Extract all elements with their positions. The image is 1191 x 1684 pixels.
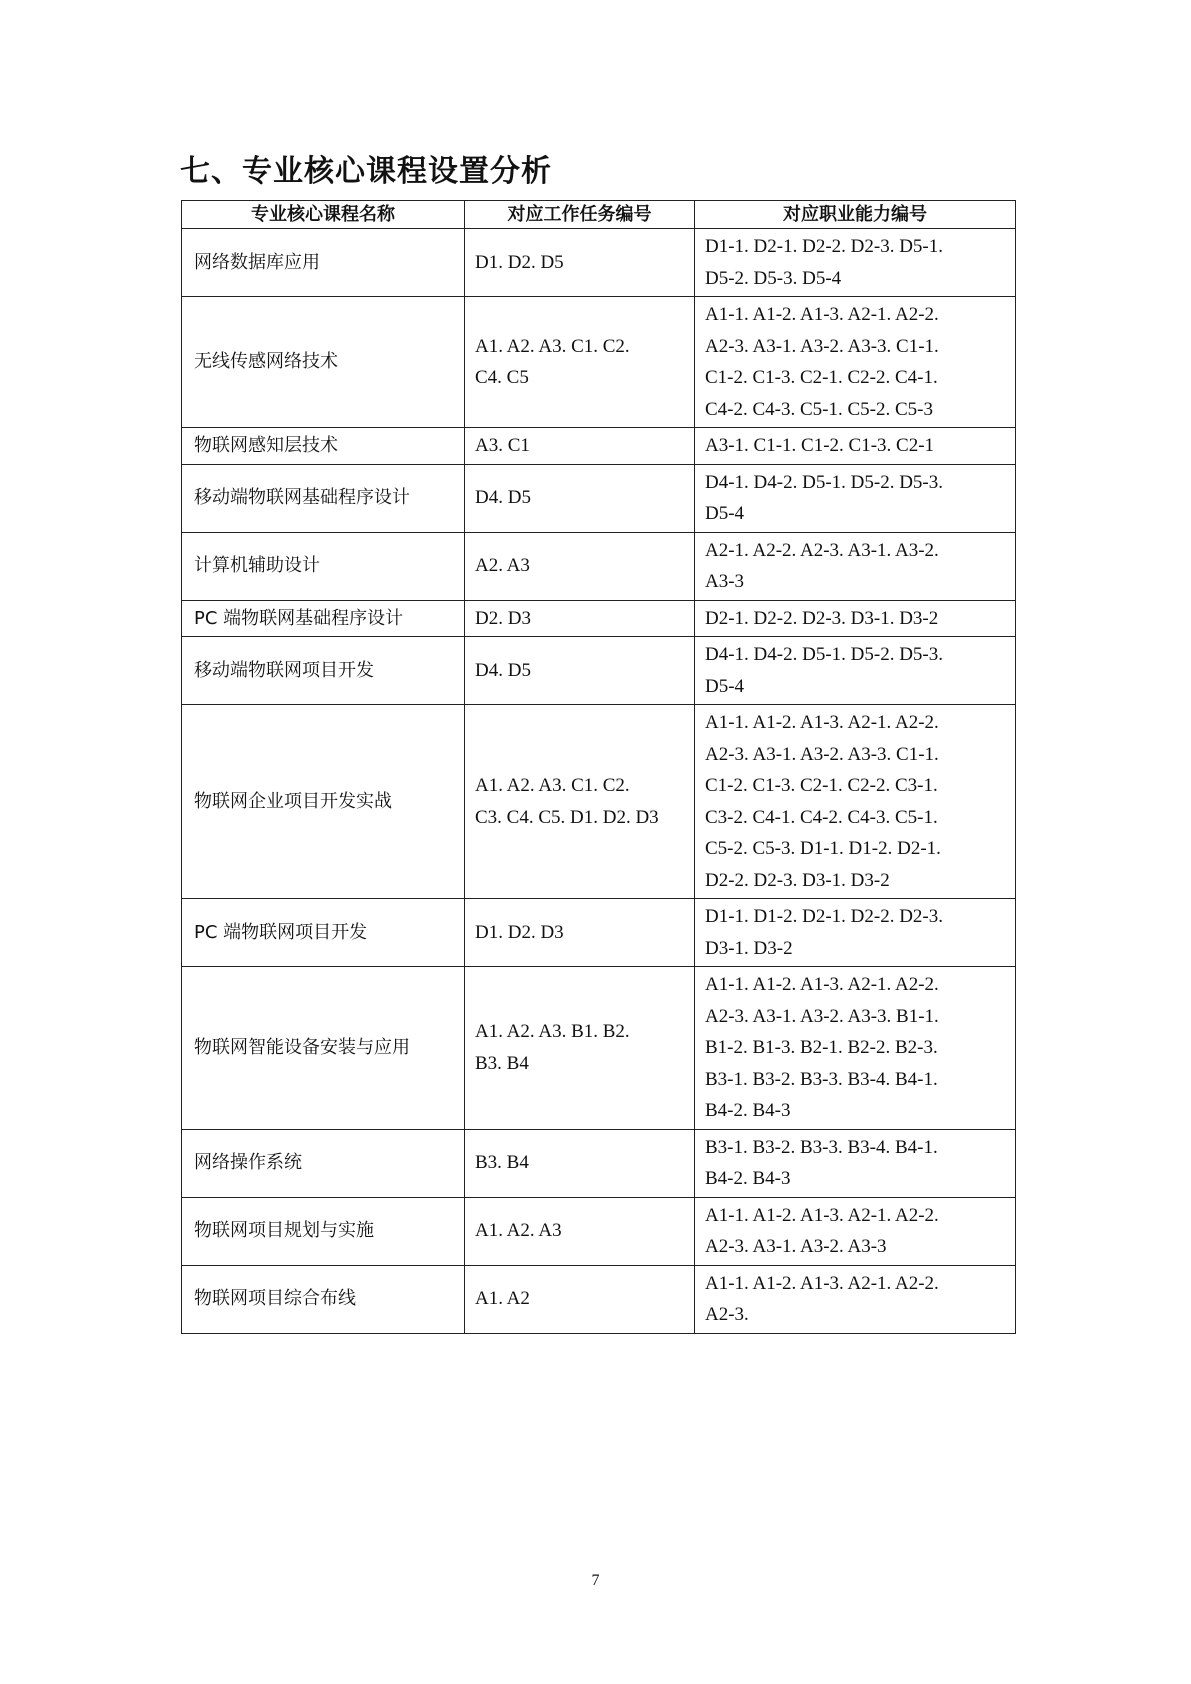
- course-name-cell: 计算机辅助设计: [182, 532, 465, 600]
- ability-codes-line: A1-1. A1-2. A1-3. A2-1. A2-2.: [705, 1200, 1009, 1232]
- task-codes-line: B3. B4: [475, 1147, 688, 1179]
- task-codes-cell: A1. A2. A3. C1. C2.C3. C4. C5. D1. D2. D…: [465, 705, 695, 899]
- course-name-cell: 移动端物联网项目开发: [182, 637, 465, 705]
- table-row: 无线传感网络技术A1. A2. A3. C1. C2.C4. C5A1-1. A…: [182, 297, 1016, 428]
- course-name-cell: 物联网智能设备安装与应用: [182, 967, 465, 1130]
- ability-codes-cell: D1-1. D1-2. D2-1. D2-2. D2-3.D3-1. D3-2: [695, 899, 1016, 967]
- table-row: 物联网感知层技术A3. C1A3-1. C1-1. C1-2. C1-3. C2…: [182, 428, 1016, 465]
- ability-codes-line: D3-1. D3-2: [705, 933, 1009, 965]
- task-codes-line: D1. D2. D3: [475, 917, 688, 949]
- task-codes-cell: A3. C1: [465, 428, 695, 465]
- task-codes-line: D2. D3: [475, 603, 688, 635]
- task-codes-cell: A1. A2. A3. C1. C2.C4. C5: [465, 297, 695, 428]
- header-course-name: 专业核心课程名称: [182, 201, 465, 229]
- ability-codes-line: C3-2. C4-1. C4-2. C4-3. C5-1.: [705, 802, 1009, 834]
- ability-codes-line: A2-3.: [705, 1299, 1009, 1331]
- ability-codes-line: B4-2. B4-3: [705, 1095, 1009, 1127]
- task-codes-line: A3. C1: [475, 430, 688, 462]
- ability-codes-cell: B3-1. B3-2. B3-3. B3-4. B4-1.B4-2. B4-3: [695, 1129, 1016, 1197]
- task-codes-line: A1. A2. A3. C1. C2.: [475, 331, 688, 363]
- task-codes-line: A1. A2. A3: [475, 1215, 688, 1247]
- ability-codes-line: C1-2. C1-3. C2-1. C2-2. C3-1.: [705, 770, 1009, 802]
- table-row: 物联网项目规划与实施A1. A2. A3A1-1. A1-2. A1-3. A2…: [182, 1197, 1016, 1265]
- ability-codes-line: D2-2. D2-3. D3-1. D3-2: [705, 865, 1009, 897]
- ability-codes-line: C5-2. C5-3. D1-1. D1-2. D2-1.: [705, 833, 1009, 865]
- task-codes-cell: D4. D5: [465, 464, 695, 532]
- ability-codes-line: A2-3. A3-1. A3-2. A3-3. C1-1.: [705, 331, 1009, 363]
- ability-codes-line: B1-2. B1-3. B2-1. B2-2. B2-3.: [705, 1032, 1009, 1064]
- ability-codes-cell: A3-1. C1-1. C1-2. C1-3. C2-1: [695, 428, 1016, 465]
- task-codes-cell: A2. A3: [465, 532, 695, 600]
- ability-codes-line: D2-1. D2-2. D2-3. D3-1. D3-2: [705, 603, 1009, 635]
- task-codes-cell: D1. D2. D3: [465, 899, 695, 967]
- task-codes-line: C3. C4. C5. D1. D2. D3: [475, 802, 688, 834]
- course-name-cell: 物联网项目综合布线: [182, 1265, 465, 1333]
- table-header-row: 专业核心课程名称 对应工作任务编号 对应职业能力编号: [182, 201, 1016, 229]
- table-row: 网络数据库应用D1. D2. D5D1-1. D2-1. D2-2. D2-3.…: [182, 229, 1016, 297]
- task-codes-line: D1. D2. D5: [475, 247, 688, 279]
- table-row: 计算机辅助设计A2. A3A2-1. A2-2. A2-3. A3-1. A3-…: [182, 532, 1016, 600]
- ability-codes-line: A1-1. A1-2. A1-3. A2-1. A2-2.: [705, 969, 1009, 1001]
- task-codes-line: B3. B4: [475, 1048, 688, 1080]
- course-name-cell: PC 端物联网项目开发: [182, 899, 465, 967]
- ability-codes-line: A2-1. A2-2. A2-3. A3-1. A3-2.: [705, 535, 1009, 567]
- course-name-cell: PC 端物联网基础程序设计: [182, 600, 465, 637]
- course-name-cell: 物联网企业项目开发实战: [182, 705, 465, 899]
- task-codes-cell: D1. D2. D5: [465, 229, 695, 297]
- ability-codes-cell: A1-1. A1-2. A1-3. A2-1. A2-2.A2-3. A3-1.…: [695, 967, 1016, 1130]
- course-name-cell: 物联网感知层技术: [182, 428, 465, 465]
- ability-codes-cell: A1-1. A1-2. A1-3. A2-1. A2-2.A2-3. A3-1.…: [695, 1197, 1016, 1265]
- table-row: PC 端物联网基础程序设计D2. D3D2-1. D2-2. D2-3. D3-…: [182, 600, 1016, 637]
- ability-codes-line: C1-2. C1-3. C2-1. C2-2. C4-1.: [705, 362, 1009, 394]
- task-codes-line: D4. D5: [475, 655, 688, 687]
- ability-codes-line: A1-1. A1-2. A1-3. A2-1. A2-2.: [705, 707, 1009, 739]
- ability-codes-cell: D4-1. D4-2. D5-1. D5-2. D5-3.D5-4: [695, 464, 1016, 532]
- task-codes-line: D4. D5: [475, 482, 688, 514]
- ability-codes-cell: A2-1. A2-2. A2-3. A3-1. A3-2.A3-3: [695, 532, 1016, 600]
- course-name-cell: 网络数据库应用: [182, 229, 465, 297]
- table-row: 物联网智能设备安装与应用A1. A2. A3. B1. B2.B3. B4A1-…: [182, 967, 1016, 1130]
- table-row: 网络操作系统B3. B4B3-1. B3-2. B3-3. B3-4. B4-1…: [182, 1129, 1016, 1197]
- course-name-cell: 无线传感网络技术: [182, 297, 465, 428]
- task-codes-cell: A1. A2: [465, 1265, 695, 1333]
- page-number: 7: [0, 1572, 1191, 1590]
- table-row: 移动端物联网项目开发D4. D5D4-1. D4-2. D5-1. D5-2. …: [182, 637, 1016, 705]
- ability-codes-line: D4-1. D4-2. D5-1. D5-2. D5-3.: [705, 467, 1009, 499]
- ability-codes-line: A1-1. A1-2. A1-3. A2-1. A2-2.: [705, 1268, 1009, 1300]
- task-codes-cell: B3. B4: [465, 1129, 695, 1197]
- ability-codes-line: A3-1. C1-1. C1-2. C1-3. C2-1: [705, 430, 1009, 462]
- task-codes-cell: D4. D5: [465, 637, 695, 705]
- task-codes-line: A2. A3: [475, 550, 688, 582]
- ability-codes-cell: D2-1. D2-2. D2-3. D3-1. D3-2: [695, 600, 1016, 637]
- task-codes-line: A1. A2: [475, 1283, 688, 1315]
- ability-codes-cell: A1-1. A1-2. A1-3. A2-1. A2-2.A2-3. A3-1.…: [695, 705, 1016, 899]
- ability-codes-line: A3-3: [705, 566, 1009, 598]
- ability-codes-line: D5-4: [705, 671, 1009, 703]
- ability-codes-line: A2-3. A3-1. A3-2. A3-3. C1-1.: [705, 739, 1009, 771]
- task-codes-cell: A1. A2. A3. B1. B2.B3. B4: [465, 967, 695, 1130]
- ability-codes-line: D5-2. D5-3. D5-4: [705, 263, 1009, 295]
- ability-codes-line: B4-2. B4-3: [705, 1163, 1009, 1195]
- ability-codes-line: D4-1. D4-2. D5-1. D5-2. D5-3.: [705, 639, 1009, 671]
- ability-codes-line: C4-2. C4-3. C5-1. C5-2. C5-3: [705, 394, 1009, 426]
- ability-codes-cell: D1-1. D2-1. D2-2. D2-3. D5-1.D5-2. D5-3.…: [695, 229, 1016, 297]
- ability-codes-cell: A1-1. A1-2. A1-3. A2-1. A2-2.A2-3. A3-1.…: [695, 297, 1016, 428]
- core-course-table: 专业核心课程名称 对应工作任务编号 对应职业能力编号 网络数据库应用D1. D2…: [181, 200, 1016, 1334]
- task-codes-cell: A1. A2. A3: [465, 1197, 695, 1265]
- ability-codes-cell: A1-1. A1-2. A1-3. A2-1. A2-2.A2-3.: [695, 1265, 1016, 1333]
- ability-codes-line: D1-1. D2-1. D2-2. D2-3. D5-1.: [705, 231, 1009, 263]
- section-title: 七、专业核心课程设置分析: [180, 152, 552, 192]
- course-name-cell: 移动端物联网基础程序设计: [182, 464, 465, 532]
- table-row: PC 端物联网项目开发D1. D2. D3D1-1. D1-2. D2-1. D…: [182, 899, 1016, 967]
- table-row: 物联网项目综合布线A1. A2A1-1. A1-2. A1-3. A2-1. A…: [182, 1265, 1016, 1333]
- ability-codes-line: A1-1. A1-2. A1-3. A2-1. A2-2.: [705, 299, 1009, 331]
- ability-codes-cell: D4-1. D4-2. D5-1. D5-2. D5-3.D5-4: [695, 637, 1016, 705]
- ability-codes-line: B3-1. B3-2. B3-3. B3-4. B4-1.: [705, 1064, 1009, 1096]
- task-codes-cell: D2. D3: [465, 600, 695, 637]
- ability-codes-line: D1-1. D1-2. D2-1. D2-2. D2-3.: [705, 901, 1009, 933]
- task-codes-line: A1. A2. A3. B1. B2.: [475, 1016, 688, 1048]
- course-name-cell: 物联网项目规划与实施: [182, 1197, 465, 1265]
- ability-codes-line: D5-4: [705, 498, 1009, 530]
- ability-codes-line: A2-3. A3-1. A3-2. A3-3. B1-1.: [705, 1001, 1009, 1033]
- table-row: 移动端物联网基础程序设计D4. D5D4-1. D4-2. D5-1. D5-2…: [182, 464, 1016, 532]
- header-task-codes: 对应工作任务编号: [465, 201, 695, 229]
- task-codes-line: A1. A2. A3. C1. C2.: [475, 770, 688, 802]
- header-ability-codes: 对应职业能力编号: [695, 201, 1016, 229]
- ability-codes-line: A2-3. A3-1. A3-2. A3-3: [705, 1231, 1009, 1263]
- table-row: 物联网企业项目开发实战A1. A2. A3. C1. C2.C3. C4. C5…: [182, 705, 1016, 899]
- course-name-cell: 网络操作系统: [182, 1129, 465, 1197]
- task-codes-line: C4. C5: [475, 362, 688, 394]
- ability-codes-line: B3-1. B3-2. B3-3. B3-4. B4-1.: [705, 1132, 1009, 1164]
